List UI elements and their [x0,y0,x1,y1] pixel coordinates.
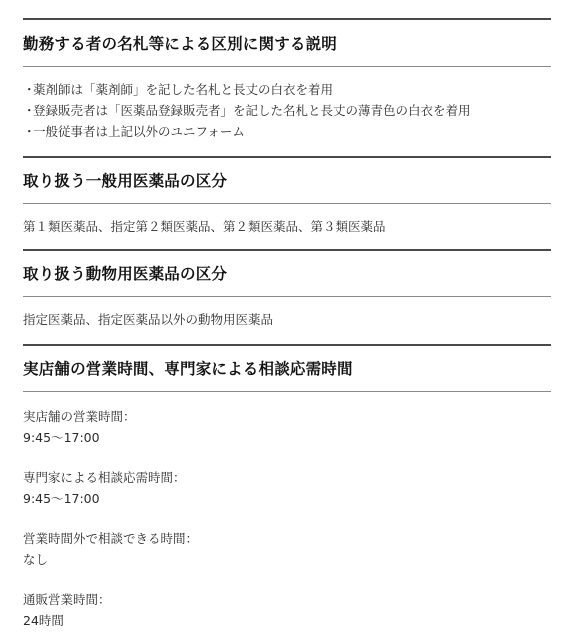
bullet-icon: ・ [23,79,33,100]
heading-underline [23,296,551,297]
mail-order-hours-block: 通販営業時間： 24時間 [23,589,551,631]
section-heading-staff-identification: 勤務する者の名札等による区別に関する説明 [23,34,551,54]
section-divider [23,18,551,20]
after-hours-consultation-block: 営業時間外で相談できる時間： なし [23,528,551,570]
mail-order-hours-value: 24時間 [23,610,551,631]
otc-drug-categories-text: 第１類医薬品、指定第２類医薬品、第２類医薬品、第３類医薬品 [23,216,551,237]
section-heading-veterinary-drug-categories: 取り扱う動物用医薬品の区分 [23,264,551,284]
store-hours-block: 実店舗の営業時間： 9:45〜17:00 [23,406,551,448]
store-hours-label: 実店舗の営業時間： [23,406,551,427]
store-hours-value: 9:45〜17:00 [23,427,551,448]
list-item-text: 薬剤師は「薬剤師」を記した名札と長丈の白衣を着用 [33,82,333,97]
veterinary-drug-categories-text: 指定医薬品、指定医薬品以外の動物用医薬品 [23,309,551,330]
staff-identification-list: ・薬剤師は「薬剤師」を記した名札と長丈の白衣を着用 ・登録販売者は「医薬品登録販… [23,79,551,142]
mail-order-hours-label: 通販営業時間： [23,589,551,610]
list-item: ・登録販売者は「医薬品登録販売者」を記した名札と長丈の薄青色の白衣を着用 [23,100,551,121]
list-item: ・一般従事者は上記以外のユニフォーム [23,121,551,142]
consultation-hours-value: 9:45〜17:00 [23,488,551,509]
section-divider [23,156,551,158]
store-info-document: 勤務する者の名札等による区別に関する説明 ・薬剤師は「薬剤師」を記した名札と長丈… [23,0,551,640]
after-hours-consultation-label: 営業時間外で相談できる時間： [23,528,551,549]
section-divider [23,344,551,346]
section-heading-business-hours: 実店舗の営業時間、専門家による相談応需時間 [23,359,551,379]
heading-underline [23,203,551,204]
bullet-icon: ・ [23,121,33,142]
heading-underline [23,391,551,392]
section-heading-otc-drug-categories: 取り扱う一般用医薬品の区分 [23,171,551,191]
consultation-hours-label: 専門家による相談応需時間： [23,467,551,488]
bullet-icon: ・ [23,100,33,121]
section-divider [23,249,551,251]
list-item: ・薬剤師は「薬剤師」を記した名札と長丈の白衣を着用 [23,79,551,100]
consultation-hours-block: 専門家による相談応需時間： 9:45〜17:00 [23,467,551,509]
list-item-text: 一般従事者は上記以外のユニフォーム [33,124,245,139]
after-hours-consultation-value: なし [23,549,551,570]
heading-underline [23,66,551,67]
list-item-text: 登録販売者は「医薬品登録販売者」を記した名札と長丈の薄青色の白衣を着用 [33,103,471,118]
